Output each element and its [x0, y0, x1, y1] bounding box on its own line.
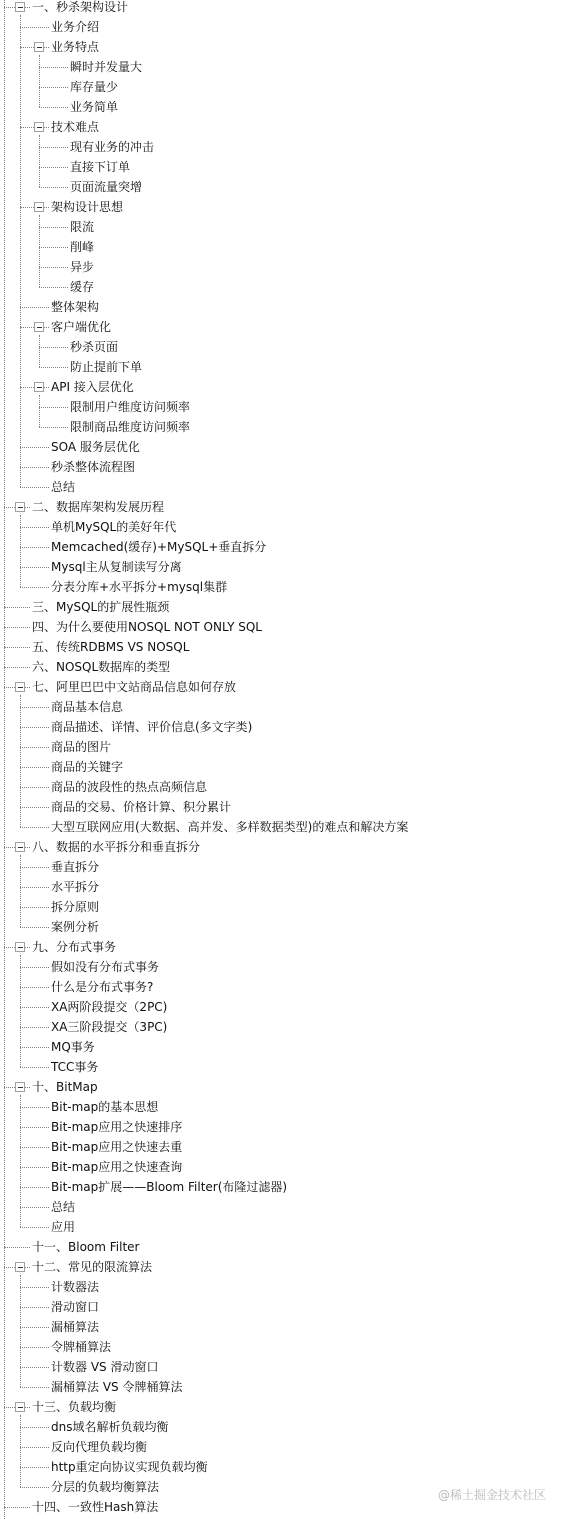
connector-line	[20, 1367, 49, 1368]
connector-line	[20, 707, 49, 708]
tree-node-root[interactable]: 九、分布式事务	[0, 937, 561, 957]
tree-node-root[interactable]: 六、NOSQL数据库的类型	[0, 657, 561, 677]
tree-node-label[interactable]: 大型互联网应用(大数据、高并发、多样数据类型)的难点和解决方案	[51, 817, 408, 837]
connector-line	[44, 207, 49, 208]
tree-node-label[interactable]: 库存量少	[70, 77, 118, 97]
tree-node-root[interactable]: 三、MySQL的扩展性瓶颈	[0, 597, 561, 617]
tree-node[interactable]: 商品基本信息	[0, 697, 561, 717]
tree-node-label[interactable]: 异步	[70, 257, 94, 277]
tree-node-root[interactable]: 十、BitMap	[0, 1077, 561, 1097]
connector-line	[25, 1407, 30, 1408]
tree-node-label[interactable]: 瞬时并发量大	[70, 57, 142, 77]
tree-node-label[interactable]: Mysql主从复制读写分离	[51, 557, 182, 577]
tree-node-label[interactable]: 漏桶算法	[51, 1317, 99, 1337]
collapse-toggle-icon[interactable]	[34, 322, 44, 332]
guide-line	[20, 955, 21, 1067]
connector-line	[20, 1187, 49, 1188]
connector-line	[20, 967, 49, 968]
guide-line	[39, 395, 40, 427]
tree-node-root[interactable]: 八、数据的水平拆分和垂直拆分	[0, 837, 561, 857]
tree-node[interactable]: 商品的图片	[0, 737, 561, 757]
tree-node[interactable]: 商品描述、详情、评价信息(多文字类)	[0, 717, 561, 737]
tree-node-label[interactable]: 七、阿里巴巴中文站商品信息如何存放	[32, 677, 236, 697]
tree-node[interactable]: 防止提前下单	[0, 357, 561, 377]
connector-line	[20, 27, 49, 28]
tree-node-root[interactable]: 二、数据库架构发展历程	[0, 497, 561, 517]
tree-node-label[interactable]: 水平拆分	[51, 877, 99, 897]
tree-node-label[interactable]: 秒杀页面	[70, 337, 118, 357]
tree-node[interactable]: 商品的波段性的热点高频信息	[0, 777, 561, 797]
tree-node[interactable]: 大型互联网应用(大数据、高并发、多样数据类型)的难点和解决方案	[0, 817, 561, 837]
tree-node[interactable]: 业务特点	[0, 37, 561, 57]
connector-line	[20, 867, 49, 868]
connector-line	[44, 47, 49, 48]
tree-node-root[interactable]: 十一、Bloom Filter	[0, 1237, 561, 1257]
tree-node-root[interactable]: 五、传统RDBMS VS NOSQL	[0, 637, 561, 657]
connector-line	[20, 467, 49, 468]
connector-line	[20, 487, 49, 488]
connector-line	[39, 67, 68, 68]
guide-line	[39, 55, 40, 107]
tree-node[interactable]: API 接入层优化	[0, 377, 561, 397]
connector-line	[4, 1267, 15, 1268]
connector-line	[39, 287, 68, 288]
guide-line	[20, 15, 21, 487]
tree-node-label[interactable]: 十四、一致性Hash算法	[32, 1497, 158, 1517]
connector-line	[4, 647, 30, 648]
collapse-toggle-icon[interactable]	[34, 202, 44, 212]
tree-node[interactable]: 滑动窗口	[0, 1297, 561, 1317]
connector-line	[20, 1327, 49, 1328]
connector-line	[25, 947, 30, 948]
tree-node[interactable]: 缓存	[0, 277, 561, 297]
tree-node-label[interactable]: 应用	[51, 1217, 75, 1237]
tree-node[interactable]: 单机MySQL的美好年代	[0, 517, 561, 537]
connector-line	[4, 1087, 15, 1088]
connector-line	[4, 1247, 30, 1248]
tree-node-label[interactable]: 八、数据的水平拆分和垂直拆分	[32, 837, 200, 857]
tree-node[interactable]: http重定向协议实现负载均衡	[0, 1457, 561, 1477]
tree-node-label[interactable]: 业务特点	[51, 37, 99, 57]
tree-node-label[interactable]: 分表分库+水平拆分+mysql集群	[51, 577, 227, 597]
tree-node[interactable]: 业务介绍	[0, 17, 561, 37]
tree-node-label[interactable]: 商品的关键字	[51, 757, 123, 777]
tree-node[interactable]: 商品的关键字	[0, 757, 561, 777]
tree-node[interactable]: Bit-map的基本思想	[0, 1097, 561, 1117]
tree-node-label[interactable]: 总结	[51, 477, 75, 497]
tree-node-label[interactable]: 页面流量突增	[70, 177, 142, 197]
tree-node[interactable]: Bit-map应用之快速去重	[0, 1137, 561, 1157]
tree-node-label[interactable]: 限制用户维度访问频率	[70, 397, 190, 417]
connector-line	[39, 107, 68, 108]
connector-line	[20, 1147, 49, 1148]
connector-line	[39, 187, 68, 188]
tree-node[interactable]: 秒杀整体流程图	[0, 457, 561, 477]
tree-node-label[interactable]: Bit-map应用之快速查询	[51, 1157, 182, 1177]
guide-line	[20, 515, 21, 587]
tree-node-label[interactable]: API 接入层优化	[51, 377, 134, 397]
tree-node-label[interactable]: 分层的负载均衡算法	[51, 1477, 159, 1497]
guide-line	[4, 0, 5, 1519]
tree-node-label[interactable]: http重定向协议实现负载均衡	[51, 1457, 208, 1477]
tree-node-label[interactable]: 架构设计思想	[51, 197, 123, 217]
connector-line	[4, 667, 30, 668]
tree-node-label[interactable]: 什么是分布式事务?	[51, 977, 153, 997]
tree-node-label[interactable]: Bit-map扩展——Bloom Filter(布隆过滤器)	[51, 1177, 287, 1197]
connector-line	[39, 247, 68, 248]
collapse-toggle-icon[interactable]	[34, 122, 44, 132]
tree-node[interactable]: 库存量少	[0, 77, 561, 97]
connector-line	[20, 527, 49, 528]
connector-line	[39, 347, 68, 348]
connector-line	[4, 7, 15, 8]
connector-line	[20, 1107, 49, 1108]
connector-line	[4, 847, 15, 848]
collapse-toggle-icon[interactable]	[15, 1402, 25, 1412]
tree-node[interactable]: 分表分库+水平拆分+mysql集群	[0, 577, 561, 597]
tree-node[interactable]: 架构设计思想	[0, 197, 561, 217]
tree-node[interactable]: 计数器法	[0, 1277, 561, 1297]
tree-node-label[interactable]: 客户端优化	[51, 317, 111, 337]
tree-node[interactable]: 垂直拆分	[0, 857, 561, 877]
tree-node-label[interactable]: 漏桶算法 VS 令牌桶算法	[51, 1377, 182, 1397]
connector-line	[20, 827, 49, 828]
tree-node-label[interactable]: 令牌桶算法	[51, 1337, 111, 1357]
connector-line	[25, 847, 30, 848]
tree-node-label[interactable]: 计数器法	[51, 1277, 99, 1297]
collapse-toggle-icon[interactable]	[15, 842, 25, 852]
connector-line	[20, 1027, 49, 1028]
tree-node[interactable]: XA两阶段提交（2PC)	[0, 997, 561, 1017]
connector-line	[20, 927, 49, 928]
connector-line	[20, 1347, 49, 1348]
connector-line	[44, 127, 49, 128]
guide-line	[20, 695, 21, 827]
tree-node[interactable]: 总结	[0, 477, 561, 497]
connector-line	[39, 147, 68, 148]
tree-node[interactable]: 商品的交易、价格计算、积分累计	[0, 797, 561, 817]
tree-node[interactable]: TCC事务	[0, 1057, 561, 1077]
connector-line	[20, 1307, 49, 1308]
connector-line	[20, 787, 49, 788]
connector-line	[20, 1047, 49, 1048]
connector-line	[20, 1287, 49, 1288]
connector-line	[4, 1507, 30, 1508]
connector-line	[4, 687, 15, 688]
connector-line	[20, 1487, 49, 1488]
connector-line	[20, 1127, 49, 1128]
connector-line	[39, 427, 68, 428]
tree-node[interactable]: 拆分原则	[0, 897, 561, 917]
tree-node[interactable]: Bit-map应用之快速查询	[0, 1157, 561, 1177]
tree-node-label[interactable]: 计数器 VS 滑动窗口	[51, 1357, 158, 1377]
tree-node-label[interactable]: 商品的波段性的热点高频信息	[51, 777, 207, 797]
tree-node-label[interactable]: 案例分析	[51, 917, 99, 937]
tree-node-label[interactable]: XA两阶段提交（2PC)	[51, 997, 167, 1017]
tree-node-label[interactable]: TCC事务	[51, 1057, 98, 1077]
connector-line	[4, 627, 30, 628]
tree-node-label[interactable]: 整体架构	[51, 297, 99, 317]
tree-node[interactable]: Memcached(缓存)+MySQL+垂直拆分	[0, 537, 561, 557]
tree-node-label[interactable]: Bit-map应用之快速去重	[51, 1137, 182, 1157]
connector-line	[20, 567, 49, 568]
tree-node[interactable]: 限流	[0, 217, 561, 237]
watermark: @稀土掘金技术社区	[438, 1486, 546, 1503]
tree-node-label[interactable]: Memcached(缓存)+MySQL+垂直拆分	[51, 537, 266, 557]
connector-line	[39, 227, 68, 228]
connector-line	[20, 1387, 49, 1388]
connector-line	[20, 987, 49, 988]
tree-node[interactable]: dns域名解析负载均衡	[0, 1417, 561, 1437]
tree-node-label[interactable]: 业务简单	[70, 97, 118, 117]
tree-node[interactable]: 限制商品维度访问频率	[0, 417, 561, 437]
tree-node[interactable]: 总结	[0, 1197, 561, 1217]
connector-line	[20, 387, 34, 388]
tree-node[interactable]: 计数器 VS 滑动窗口	[0, 1357, 561, 1377]
tree-node[interactable]: 令牌桶算法	[0, 1337, 561, 1357]
guide-line	[39, 135, 40, 187]
connector-line	[20, 887, 49, 888]
tree-node-label[interactable]: 一、秒杀架构设计	[32, 0, 128, 17]
tree-node-root[interactable]: 一、秒杀架构设计	[0, 0, 561, 17]
tree-node[interactable]: SOA 服务层优化	[0, 437, 561, 457]
collapse-toggle-icon[interactable]	[34, 382, 44, 392]
tree-node-label[interactable]: dns域名解析负载均衡	[51, 1417, 168, 1437]
tree-node[interactable]: 业务简单	[0, 97, 561, 117]
connector-line	[20, 1167, 49, 1168]
tree-node-label[interactable]: 拆分原则	[51, 897, 99, 917]
tree-node[interactable]: MQ事务	[0, 1037, 561, 1057]
tree-node[interactable]: 假如没有分布式事务	[0, 957, 561, 977]
connector-line	[20, 1067, 49, 1068]
collapse-toggle-icon[interactable]	[15, 1262, 25, 1272]
guide-line	[39, 215, 40, 287]
tree-node[interactable]: Bit-map应用之快速排序	[0, 1117, 561, 1137]
connector-line	[20, 1447, 49, 1448]
tree-node-label[interactable]: 商品的交易、价格计算、积分累计	[51, 797, 231, 817]
tree-node-label[interactable]: 秒杀整体流程图	[51, 457, 135, 477]
connector-line	[25, 687, 30, 688]
tree-node[interactable]: 直接下订单	[0, 157, 561, 177]
connector-line	[4, 947, 15, 948]
connector-line	[20, 1007, 49, 1008]
tree-node[interactable]: Mysql主从复制读写分离	[0, 557, 561, 577]
tree-node-label[interactable]: 九、分布式事务	[32, 937, 116, 957]
tree-node[interactable]: 漏桶算法	[0, 1317, 561, 1337]
connector-line	[4, 507, 15, 508]
connector-line	[20, 747, 49, 748]
connector-line	[20, 207, 34, 208]
tree-node[interactable]: 限制用户维度访问频率	[0, 397, 561, 417]
tree-node-label[interactable]: 缓存	[70, 277, 94, 297]
tree-node-label[interactable]: 滑动窗口	[51, 1297, 99, 1317]
collapse-toggle-icon[interactable]	[15, 682, 25, 692]
tree-node-label[interactable]: XA三阶段提交（3PC)	[51, 1017, 167, 1037]
tree-node-label[interactable]: 单机MySQL的美好年代	[51, 517, 176, 537]
connector-line	[20, 1227, 49, 1228]
connector-line	[20, 547, 49, 548]
tree-node-label[interactable]: Bit-map应用之快速排序	[51, 1117, 182, 1137]
connector-line	[39, 167, 68, 168]
tree-node-label[interactable]: 四、为什么要使用NOSQL NOT ONLY SQL	[32, 617, 262, 637]
tree-node[interactable]: 漏桶算法 VS 令牌桶算法	[0, 1377, 561, 1397]
tree-node-label[interactable]: 限制商品维度访问频率	[70, 417, 190, 437]
collapse-toggle-icon[interactable]	[15, 502, 25, 512]
collapse-toggle-icon[interactable]	[15, 2, 25, 12]
tree-node[interactable]: 瞬时并发量大	[0, 57, 561, 77]
tree-node-label[interactable]: 二、数据库架构发展历程	[32, 497, 164, 517]
tree-node[interactable]: 秒杀页面	[0, 337, 561, 357]
connector-line	[20, 47, 34, 48]
connector-line	[20, 767, 49, 768]
guide-line	[20, 1095, 21, 1227]
tree-node-root[interactable]: 十二、常见的限流算法	[0, 1257, 561, 1277]
connector-line	[25, 1267, 30, 1268]
connector-line	[20, 327, 34, 328]
connector-line	[44, 327, 49, 328]
guide-line	[20, 855, 21, 927]
tree-node-label[interactable]: 十二、常见的限流算法	[32, 1257, 152, 1277]
tree-node[interactable]: 什么是分布式事务?	[0, 977, 561, 997]
tree-node[interactable]: 反向代理负载均衡	[0, 1437, 561, 1457]
tree-node-label[interactable]: 商品基本信息	[51, 697, 123, 717]
tree-node-root[interactable]: 四、为什么要使用NOSQL NOT ONLY SQL	[0, 617, 561, 637]
connector-line	[39, 407, 68, 408]
tree-node-label[interactable]: 垂直拆分	[51, 857, 99, 877]
tree-node[interactable]: 技术难点	[0, 117, 561, 137]
connector-line	[20, 1427, 49, 1428]
collapse-toggle-icon[interactable]	[15, 942, 25, 952]
tree-node[interactable]: 案例分析	[0, 917, 561, 937]
connector-line	[44, 387, 49, 388]
tree-node-label[interactable]: 六、NOSQL数据库的类型	[32, 657, 170, 677]
connector-line	[20, 127, 34, 128]
connector-line	[25, 7, 30, 8]
tree-node-label[interactable]: 防止提前下单	[70, 357, 142, 377]
tree-node-label[interactable]: Bit-map的基本思想	[51, 1097, 158, 1117]
tree-node[interactable]: 客户端优化	[0, 317, 561, 337]
tree-node-label[interactable]: 十三、负载均衡	[32, 1397, 116, 1417]
tree-node[interactable]: 异步	[0, 257, 561, 277]
tree-node[interactable]: 页面流量突增	[0, 177, 561, 197]
connector-line	[39, 367, 68, 368]
collapse-toggle-icon[interactable]	[15, 1082, 25, 1092]
tree-node-label[interactable]: 五、传统RDBMS VS NOSQL	[32, 637, 189, 657]
tree-node-label[interactable]: 商品的图片	[51, 737, 111, 757]
tree-node-label[interactable]: 业务介绍	[51, 17, 99, 37]
tree-node-label[interactable]: 十、BitMap	[32, 1077, 98, 1097]
tree-node-label[interactable]: 假如没有分布式事务	[51, 957, 159, 977]
tree-node-label[interactable]: 现有业务的冲击	[70, 137, 154, 157]
connector-line	[20, 807, 49, 808]
tree-node-label[interactable]: 技术难点	[51, 117, 99, 137]
connector-line	[20, 1207, 49, 1208]
connector-line	[20, 307, 49, 308]
connector-line	[39, 267, 68, 268]
connector-line	[20, 587, 49, 588]
tree-node-label[interactable]: 总结	[51, 1197, 75, 1217]
tree-node[interactable]: XA三阶段提交（3PC)	[0, 1017, 561, 1037]
guide-line	[20, 1415, 21, 1487]
connector-line	[20, 727, 49, 728]
tree-node[interactable]: 现有业务的冲击	[0, 137, 561, 157]
connector-line	[25, 1087, 30, 1088]
tree-node[interactable]: 整体架构	[0, 297, 561, 317]
guide-line	[39, 335, 40, 367]
connector-line	[20, 447, 49, 448]
connector-line	[4, 607, 30, 608]
tree-node-label[interactable]: 十一、Bloom Filter	[32, 1237, 139, 1257]
connector-line	[20, 907, 49, 908]
connector-line	[25, 507, 30, 508]
connector-line	[4, 1407, 15, 1408]
tree-node-label[interactable]: SOA 服务层优化	[51, 437, 140, 457]
tree-node-label[interactable]: 三、MySQL的扩展性瓶颈	[32, 597, 169, 617]
tree-node[interactable]: Bit-map扩展——Bloom Filter(布隆过滤器)	[0, 1177, 561, 1197]
tree-node-label[interactable]: 削峰	[70, 237, 94, 257]
guide-line	[20, 1275, 21, 1387]
tree-node-root[interactable]: 七、阿里巴巴中文站商品信息如何存放	[0, 677, 561, 697]
tree-node[interactable]: 应用	[0, 1217, 561, 1237]
tree-node[interactable]: 水平拆分	[0, 877, 561, 897]
tree-node-label[interactable]: 直接下订单	[70, 157, 130, 177]
tree-node-label[interactable]: 商品描述、详情、评价信息(多文字类)	[51, 717, 252, 737]
connector-line	[39, 87, 68, 88]
tree-node-label[interactable]: 限流	[70, 217, 94, 237]
connector-line	[20, 1467, 49, 1468]
tree-node[interactable]: 削峰	[0, 237, 561, 257]
tree-node-label[interactable]: 反向代理负载均衡	[51, 1437, 147, 1457]
tree-node-label[interactable]: MQ事务	[51, 1037, 95, 1057]
tree-node-root[interactable]: 十三、负载均衡	[0, 1397, 561, 1417]
collapse-toggle-icon[interactable]	[34, 42, 44, 52]
